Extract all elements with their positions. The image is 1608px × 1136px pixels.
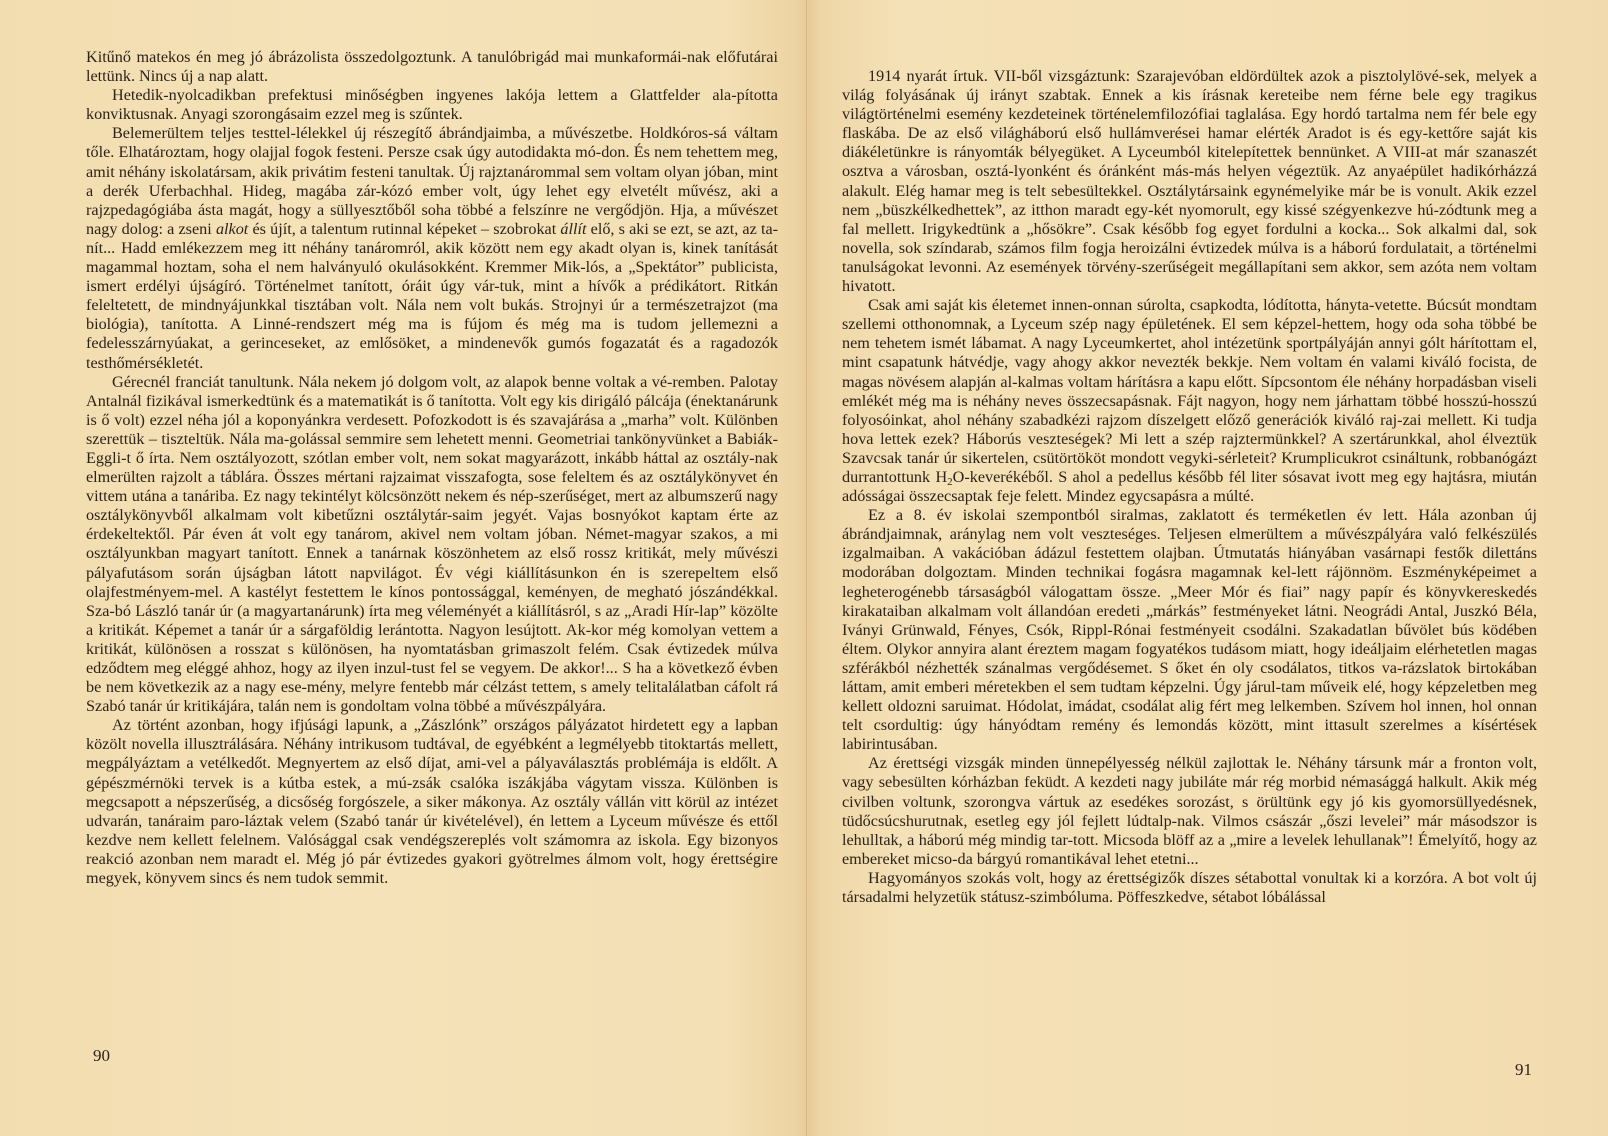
left-page: Kitűnő matekos én meg jó ábrázolista öss… bbox=[0, 0, 806, 1136]
left-page-text: Kitűnő matekos én meg jó ábrázolista öss… bbox=[86, 48, 778, 888]
paragraph: Kitűnő matekos én meg jó ábrázolista öss… bbox=[86, 48, 778, 86]
paragraph: Belemerültem teljes testtel-lélekkel új … bbox=[86, 124, 778, 372]
paragraph: 1914 nyarát írtuk. VII-ből vizsgáztunk: … bbox=[842, 67, 1537, 296]
right-page: 1914 nyarát írtuk. VII-ből vizsgáztunk: … bbox=[807, 0, 1608, 1136]
right-page-text: 1914 nyarát írtuk. VII-ből vizsgáztunk: … bbox=[842, 67, 1537, 907]
italic-text: alkot bbox=[216, 220, 248, 238]
paragraph: Gérecnél franciát tanultunk. Nála nekem … bbox=[86, 373, 778, 717]
text-run: és újít, a talentum rutinnal képeket – s… bbox=[248, 220, 560, 238]
italic-text: állít bbox=[560, 220, 586, 238]
paragraph: Az érettségi vizsgák minden ünnepélyessé… bbox=[842, 754, 1537, 869]
text-run: Csak ami saját kis életemet innen-onnan … bbox=[842, 296, 1537, 486]
paragraph: Hagyományos szokás volt, hogy az érettsé… bbox=[842, 869, 1537, 907]
paragraph: Az történt azonban, hogy ifjúsági lapunk… bbox=[86, 716, 778, 888]
paragraph: Csak ami saját kis életemet innen-onnan … bbox=[842, 296, 1537, 506]
paragraph: Hetedik-nyolcadikban prefektusi minőségb… bbox=[86, 86, 778, 124]
paragraph: Ez a 8. év iskolai szempontból siralmas,… bbox=[842, 506, 1537, 754]
text-run: elő, s aki se ezt, se azt, az ta-nít... … bbox=[86, 220, 778, 372]
book-spread: Kitűnő matekos én meg jó ábrázolista öss… bbox=[0, 0, 1608, 1136]
page-number: 91 bbox=[1515, 1060, 1532, 1080]
page-number: 90 bbox=[93, 1046, 110, 1066]
